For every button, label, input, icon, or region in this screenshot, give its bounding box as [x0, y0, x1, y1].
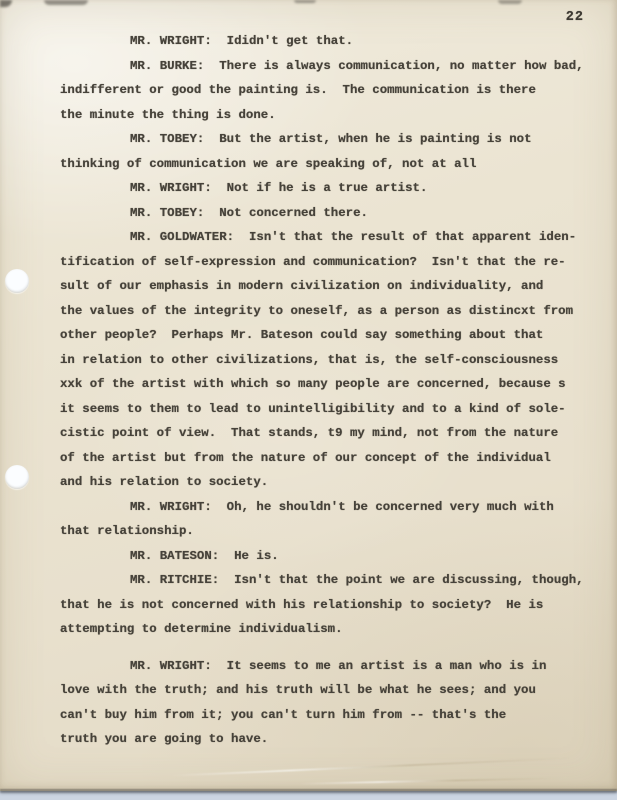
top-edge-smudge	[0, 0, 12, 7]
typed-line: MR. BATESON: He is.	[60, 544, 605, 569]
typed-line: it seems to them to lead to unintelligib…	[60, 397, 605, 422]
paper-crease	[170, 757, 570, 776]
top-edge-smudge	[498, 0, 522, 4]
hole-punch-top	[5, 269, 29, 293]
typed-line: indifferent or good the painting is. The…	[60, 78, 605, 103]
typed-line: tification of self-expression and commun…	[60, 250, 605, 275]
page-number: 22	[566, 10, 584, 25]
typed-line: MR. WRIGHT: Ididn't get that.	[60, 29, 605, 54]
typed-line: cistic point of view. That stands, t9 my…	[60, 421, 605, 446]
typed-line: of the artist but from the nature of our…	[60, 446, 605, 471]
typed-line: the values of the integrity to oneself, …	[60, 299, 605, 324]
typed-line: love with the truth; and his truth will …	[60, 678, 605, 703]
paper-bottom-edge-shadow	[0, 789, 617, 793]
paper-sheet: 22 MR. WRIGHT: Ididn't get that.MR. BURK…	[0, 0, 617, 791]
top-edge-smudge	[44, 0, 88, 5]
scanned-page: 22 MR. WRIGHT: Ididn't get that.MR. BURK…	[0, 0, 617, 800]
typed-line: other people? Perhaps Mr. Bateson could …	[60, 323, 605, 348]
typed-line: the minute the thing is done.	[60, 103, 605, 128]
top-edge-smudge	[294, 0, 316, 3]
typed-line: can't buy him from it; you can't turn hi…	[60, 703, 605, 728]
typed-line: MR. TOBEY: Not concerned there.	[60, 201, 605, 226]
typed-line: MR. BURKE: There is always communication…	[60, 54, 605, 79]
typed-line: in relation to other civilizations, that…	[60, 348, 605, 373]
hole-punch-bottom	[5, 465, 29, 489]
typed-line: MR. WRIGHT: Oh, he shouldn't be concerne…	[60, 495, 605, 520]
typed-line: and his relation to society.	[60, 470, 605, 495]
typed-line: attempting to determine individualism.	[60, 617, 605, 642]
typed-line: sult of our emphasis in modern civilizat…	[60, 274, 605, 299]
typed-line: MR. RITCHIE: Isn't that the point we are…	[60, 568, 605, 593]
typed-line: thinking of communication we are speakin…	[60, 152, 605, 177]
typed-line: xxk of the artist with which so many peo…	[60, 372, 605, 397]
paper-crease	[300, 777, 560, 784]
typed-line: MR. TOBEY: But the artist, when he is pa…	[60, 127, 605, 152]
typed-line: MR. WRIGHT: It seems to me an artist is …	[60, 654, 605, 679]
typed-line: that he is not concerned with his relati…	[60, 593, 605, 618]
typed-text: MR. WRIGHT: Ididn't get that.MR. BURKE: …	[60, 29, 605, 752]
typed-line: MR. GOLDWATER: Isn't that the result of …	[60, 225, 605, 250]
typed-line: MR. WRIGHT: Not if he is a true artist.	[60, 176, 605, 201]
typed-line: truth you are going to have.	[60, 727, 605, 752]
typed-line: that relationship.	[60, 519, 605, 544]
